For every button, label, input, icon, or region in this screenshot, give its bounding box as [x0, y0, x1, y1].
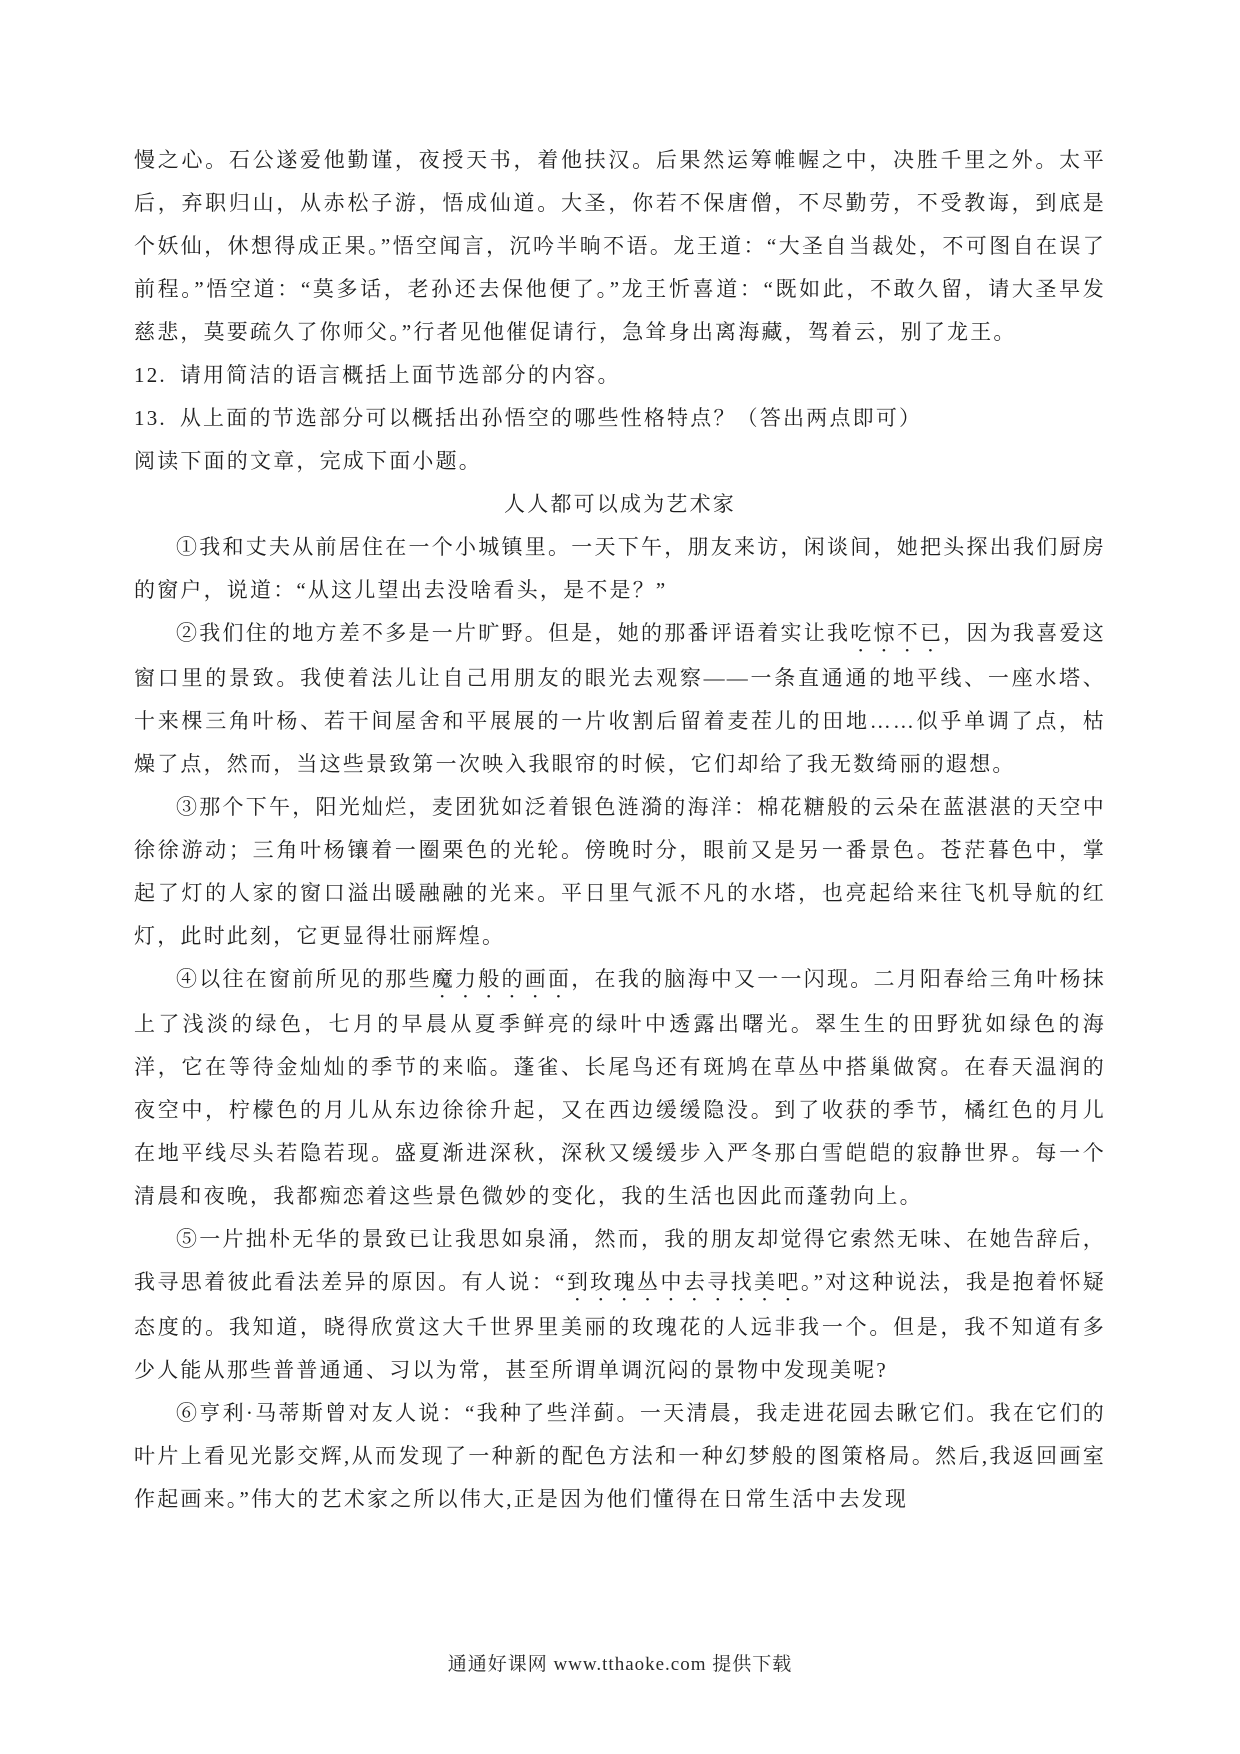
article-title: 人人都可以成为艺术家	[134, 483, 1106, 526]
article-paragraph-2: ②我们住的地方差不多是一片旷野。但是，她的那番评语着实让我吃惊不已，因为我喜爱这…	[134, 612, 1106, 786]
paragraph-2-text: ②我们住的地方差不多是一片旷野。但是，她的那番评语着实让我	[176, 621, 850, 645]
reading-instruction: 阅读下面的文章，完成下面小题。	[134, 440, 1106, 483]
document-page: 慢之心。石公遂爱他勤谨，夜授天书，着他扶汉。后果然运筹帷幄之中，决胜千里之外。太…	[0, 0, 1240, 1754]
question-12-number: 12.	[134, 363, 167, 387]
article-paragraph-1: ①我和丈夫从前居住在一个小城镇里。一天下午，朋友来访，闲谈间，她把头探出我们厨房…	[134, 526, 1106, 612]
article-paragraph-5: ⑤一片拙朴无华的景致已让我思如泉涌，然而，我的朋友却觉得它索然无味、在她告辞后，…	[134, 1218, 1106, 1392]
article-paragraph-4: ④以往在窗前所见的那些魔力般的画面，在我的脑海中又一一闪现。二月阳春给三角叶杨抹…	[134, 958, 1106, 1218]
question-13-text: 从上面的节选部分可以概括出孙悟空的哪些性格特点？（答出两点即可）	[180, 406, 922, 430]
question-13: 13.从上面的节选部分可以概括出孙悟空的哪些性格特点？（答出两点即可）	[134, 397, 1106, 440]
article-paragraph-6: ⑥亨利·马蒂斯曾对友人说：“我种了些洋蓟。一天清晨，我走进花园去瞅它们。我在它们…	[134, 1392, 1106, 1521]
paragraph-5-emphasized-phrase: 到玫瑰丛中去寻找美吧。	[567, 1270, 814, 1294]
question-13-number: 13.	[134, 406, 167, 430]
page-content: 慢之心。石公遂爱他勤谨，夜授天书，着他扶汉。后果然运筹帷幄之中，决胜千里之外。太…	[134, 139, 1106, 1521]
question-12-text: 请用简洁的语言概括上面节选部分的内容。	[180, 363, 621, 387]
novel-excerpt-continuation: 慢之心。石公遂爱他勤谨，夜授天书，着他扶汉。后果然运筹帷幄之中，决胜千里之外。太…	[134, 139, 1106, 354]
article-paragraph-3: ③那个下午，阳光灿烂，麦团犹如泛着银色涟漪的海洋：棉花糖般的云朵在蓝湛湛的天空中…	[134, 786, 1106, 958]
paragraph-4-text-continued: ，在我的脑海中又一一闪现。二月阳春给三角叶杨抹上了浅淡的绿色，七月的早晨从夏季鲜…	[134, 967, 1106, 1208]
paragraph-4-text: ④以往在窗前所见的那些	[176, 967, 432, 991]
paragraph-4-emphasized-phrase: 魔力般的画面	[432, 967, 572, 991]
question-12: 12.请用简洁的语言概括上面节选部分的内容。	[134, 354, 1106, 397]
page-footer-watermark: 通通好课网 www.tthaoke.com 提供下载	[0, 1650, 1240, 1680]
paragraph-2-emphasized-phrase: 吃惊不已	[850, 621, 943, 645]
